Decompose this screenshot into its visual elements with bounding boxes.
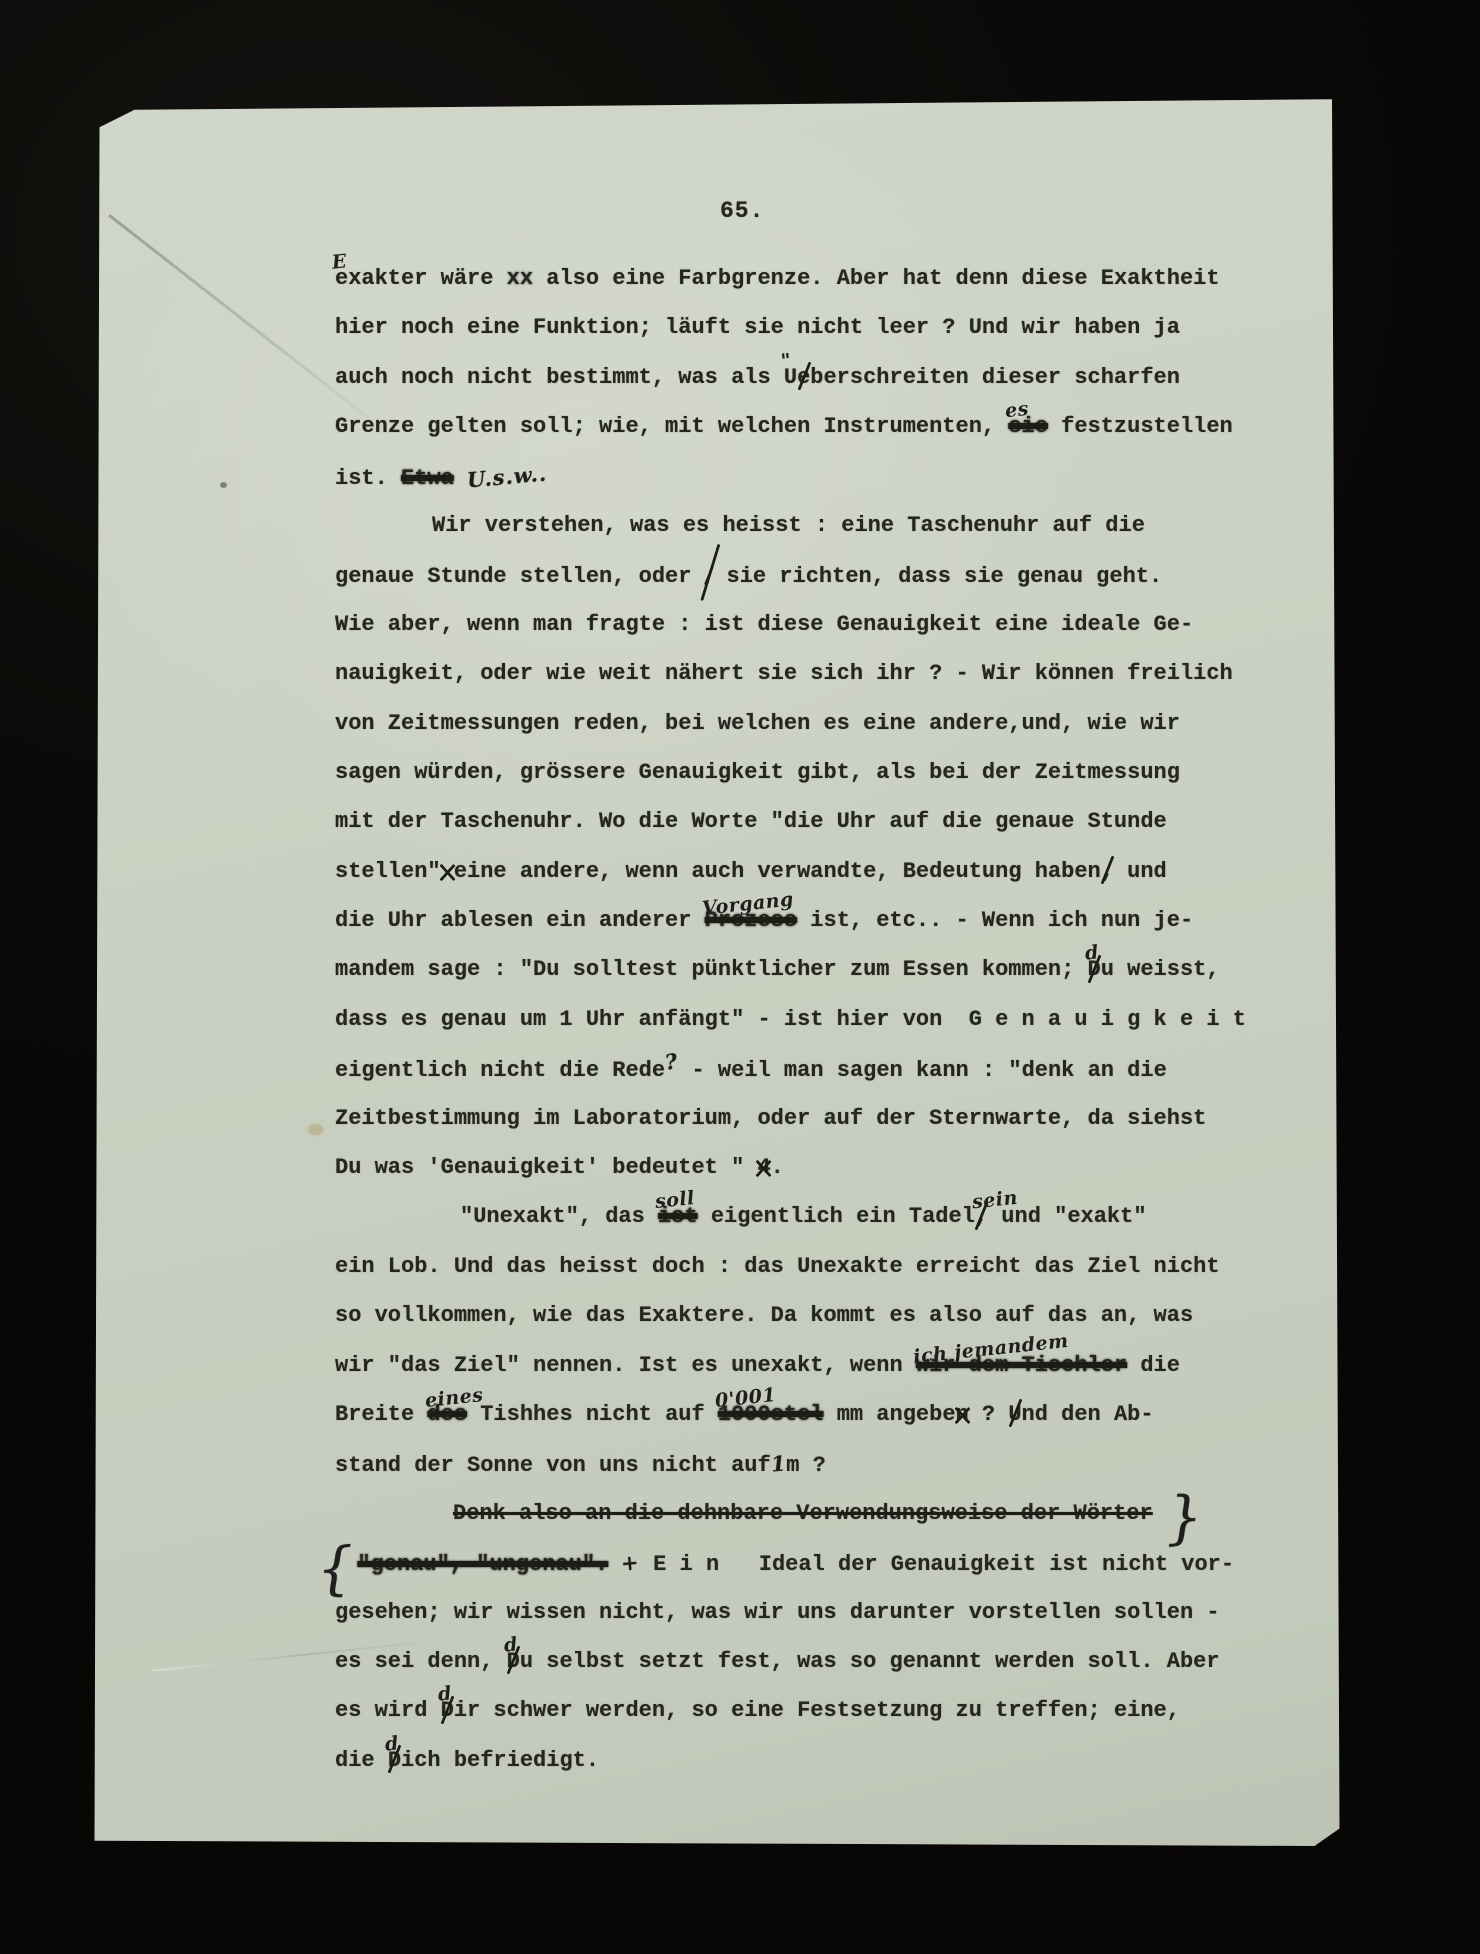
text-segment: Dd: [507, 1649, 520, 1674]
text-segment: Wie aber, wenn man fragte : ist diese Ge…: [335, 612, 1193, 637]
text-segment: ist.: [335, 466, 401, 491]
text-segment: ich befriedigt.: [401, 1748, 599, 1773]
typed-line: auch noch nicht bestimmt, was als U"eber…: [335, 353, 1295, 402]
text-segment: sagen würden, grössere Genauigkeit gibt,…: [335, 760, 1180, 785]
handwritten-mark: {: [317, 1569, 353, 1570]
text-segment: sie richten, dass sie genau geht.: [713, 564, 1162, 589]
text-segment: nd den Ab-: [1022, 1402, 1154, 1427]
text-segment: u selbst setzt fest, was so genannt werd…: [520, 1649, 1220, 1674]
typed-line: Zeitbestimmung im Laboratorium, oder auf…: [335, 1094, 1295, 1143]
text-segment: U": [784, 365, 797, 390]
text-segment: ?: [969, 1402, 1009, 1427]
struck-text-segment: siees: [1008, 414, 1048, 439]
text-segment: mm angebe: [824, 1402, 956, 1427]
text-segment: - weil man sagen kann : "denk an die: [678, 1058, 1166, 1083]
typed-line: ein Lob. Und das heisst doch : das Unexa…: [335, 1242, 1295, 1291]
text-segment: so vollkommen, wie das Exaktere. Da komm…: [335, 1303, 1193, 1328]
handwritten-insertion: ": [780, 349, 793, 372]
text-segment: [441, 859, 454, 884]
typed-line: {"genau", "ungenau". + E i n Ideal der G…: [335, 1538, 1295, 1587]
text-segment: die Uhr ablesen ein anderer: [335, 908, 705, 933]
typed-line: genaue Stunde stellen, oder / sie richte…: [335, 550, 1295, 599]
text-segment: nauigkeit, oder wie weit nähert sie sich…: [335, 661, 1233, 686]
text-segment: stellen": [335, 859, 441, 884]
text-segment: Dd: [388, 1748, 401, 1773]
text-segment: hier noch eine Funktion; läuft sie nicht…: [335, 315, 1180, 340]
text-segment: .: [771, 1155, 784, 1180]
handwritten-insertion: d: [1084, 942, 1100, 965]
text-segment: m ?: [786, 1453, 826, 1478]
handwritten-insertion: d: [437, 1683, 453, 1706]
text-segment: und: [1114, 859, 1167, 884]
typed-line: mandem sage : "Du solltest pünktlicher z…: [335, 945, 1295, 994]
typed-line: gesehen; wir wissen nicht, was wir uns d…: [335, 1588, 1295, 1637]
struck-text-segment: "genau", "ungenau".: [357, 1552, 608, 1577]
text-segment: genaue Stunde stellen, oder: [335, 564, 705, 589]
typed-line: so vollkommen, wie das Exaktere. Da komm…: [335, 1291, 1295, 1340]
typed-line: es sei denn, Ddu selbst setzt fest, was …: [335, 1637, 1295, 1686]
typed-line: die Uhr ablesen ein anderer ProzessVorga…: [335, 896, 1295, 945]
text-segment: auch noch nicht bestimmt, was als: [335, 365, 784, 390]
text-segment: ir schwer werden, so eine Festsetzung zu…: [454, 1698, 1180, 1723]
typed-line: Grenze gelten soll; wie, mit welchen Ins…: [335, 402, 1295, 451]
text-segment: Du was 'Genauigkeit' bedeutet ": [335, 1155, 757, 1180]
text-segment: eigentlich ein Tadel: [698, 1204, 975, 1229]
handwritten-mark: U.s.w..: [465, 448, 549, 504]
text-segment: die: [335, 1748, 388, 1773]
handwritten-insertion: E: [331, 250, 348, 273]
text-segment: festzustellen: [1048, 414, 1233, 439]
text-segment: also eine Farbgrenze. Aber hat denn dies…: [533, 266, 1220, 291]
typed-line: Du was 'Genauigkeit' bedeutet " 4.: [335, 1143, 1295, 1192]
typed-lines: eExakter wäre xx also eine Farbgrenze. A…: [335, 254, 1295, 1785]
typed-line: ist. Etwa U.s.w..: [335, 452, 1295, 501]
text-segment: es wird: [335, 1698, 441, 1723]
handwritten-insertion: es: [1004, 398, 1030, 422]
paper-stain: [308, 1124, 323, 1135]
typed-line: Wir verstehen, was es heisst : eine Tasc…: [335, 501, 1295, 550]
photo-background: 65. eExakter wäre xx also eine Farbgrenz…: [0, 0, 1480, 1954]
struck-text-segment: wir dem Tischlerich jemandem: [916, 1353, 1127, 1378]
text-segment: ,sein: [975, 1204, 988, 1229]
typed-line: sagen würden, grössere Genauigkeit gibt,…: [335, 748, 1295, 797]
text-segment: ,: [1101, 859, 1114, 884]
typed-line: nauigkeit, oder wie weit nähert sie sich…: [335, 649, 1295, 698]
struck-text-segment: ProzessVorgang: [705, 908, 797, 933]
text-segment: eE: [335, 266, 348, 291]
typed-line: hier noch eine Funktion; läuft sie nicht…: [335, 303, 1295, 352]
text-segment: Tishhes nicht auf: [467, 1402, 718, 1427]
typed-line: wir "das Ziel" nennen. Ist es unexakt, w…: [335, 1341, 1295, 1390]
typed-line: mit der Taschenuhr. Wo die Worte "die Uh…: [335, 797, 1295, 846]
text-segment: dass es genau um 1 Uhr anfängt" - ist hi…: [335, 1007, 1246, 1032]
typed-line: die Ddich befriedigt.: [335, 1736, 1295, 1785]
text-segment: die: [1127, 1353, 1180, 1378]
manuscript-paper: 65. eExakter wäre xx also eine Farbgrenz…: [92, 94, 1342, 1846]
handwritten-insertion: soll: [654, 1187, 696, 1213]
typed-line: Denk also an die dehnbare Verwendungswei…: [335, 1489, 1295, 1538]
text-segment: [1153, 1501, 1166, 1526]
text-segment: "Unexakt", das: [460, 1204, 658, 1229]
text-segment: ein Lob. Und das heisst doch : das Unexa…: [335, 1254, 1220, 1279]
text-segment: eine andere, wenn auch verwandte, Bedeut…: [454, 859, 1101, 884]
typed-line: eExakter wäre xx also eine Farbgrenze. A…: [335, 254, 1295, 303]
typed-line: Wie aber, wenn man fragte : ist diese Ge…: [335, 600, 1295, 649]
typed-line: von Zeitmessungen reden, bei welchen es …: [335, 699, 1295, 748]
handwritten-insertion: d: [384, 1732, 400, 1755]
handwritten-insertion: d: [503, 1633, 519, 1656]
text-segment: ist, etc.. - Wenn ich nun je-: [797, 908, 1193, 933]
text-segment: von Zeitmessungen reden, bei welchen es …: [335, 711, 1180, 736]
text-segment: mit der Taschenuhr. Wo die Worte "die Uh…: [335, 809, 1167, 834]
handwritten-mark: +: [619, 1537, 642, 1588]
text-segment: E i n Ideal der Genauigkeit ist nicht vo…: [640, 1552, 1234, 1577]
text-segment: Grenze gelten soll; wie, mit welchen Ins…: [335, 414, 1008, 439]
text-segment: berschreiten dieser scharfen: [810, 365, 1180, 390]
text-segment: 4: [757, 1155, 770, 1180]
text-segment: Dd: [1088, 957, 1101, 982]
typed-line: "Unexakt", das istsoll eigentlich ein Ta…: [335, 1192, 1295, 1241]
text-segment: es sei denn,: [335, 1649, 507, 1674]
text-segment: xakter wäre: [348, 266, 506, 291]
typed-line: dass es genau um 1 Uhr anfängt" - ist hi…: [335, 995, 1295, 1044]
text-segment: Wir verstehen, was es heisst : eine Tasc…: [432, 513, 1145, 538]
handwritten-mark: }: [1166, 1517, 1202, 1518]
text-segment: Dd: [441, 1698, 454, 1723]
text-segment: u weisst,: [1101, 957, 1220, 982]
text-segment: stand der Sonne von uns nicht auf: [335, 1453, 771, 1478]
text-segment: wir "das Ziel" nennen. Ist es unexakt, w…: [335, 1353, 916, 1378]
struck-text-segment: deseines: [427, 1402, 467, 1427]
typed-line: stellen" eine andere, wenn auch verwandt…: [335, 847, 1295, 896]
text-segment: eigentlich nicht die Rede: [335, 1058, 665, 1083]
text-segment: und "exakt": [988, 1204, 1146, 1229]
text-segment: U: [1008, 1402, 1021, 1427]
struck-text-segment: istsoll: [658, 1204, 698, 1229]
struck-text-segment: Denk also an die dehnbare Verwendungswei…: [453, 1501, 1153, 1526]
struck-text-segment: 1000stel0'001: [718, 1402, 824, 1427]
typed-line: es wird Ddir schwer werden, so eine Fest…: [335, 1686, 1295, 1735]
typed-line: Breite deseines Tishhes nicht auf 1000st…: [335, 1390, 1295, 1439]
text-segment: e: [797, 365, 810, 390]
typed-line: stand der Sonne von uns nicht auf1m ?: [335, 1439, 1295, 1488]
paper-stain: [220, 482, 227, 488]
text-segment: Zeitbestimmung im Laboratorium, oder auf…: [335, 1106, 1206, 1131]
text-segment: [454, 466, 467, 491]
typed-line: eigentlich nicht die Rede? - weil man sa…: [335, 1044, 1295, 1093]
text-segment: n: [956, 1402, 969, 1427]
text-segment: xx: [507, 266, 533, 291]
text-segment: gesehen; wir wissen nicht, was wir uns d…: [335, 1600, 1220, 1625]
text-segment: mandem sage : "Du solltest pünktlicher z…: [335, 957, 1088, 982]
struck-text-segment: Etwa: [401, 466, 454, 491]
text-segment: Breite: [335, 1402, 427, 1427]
page-number: 65.: [720, 198, 764, 224]
